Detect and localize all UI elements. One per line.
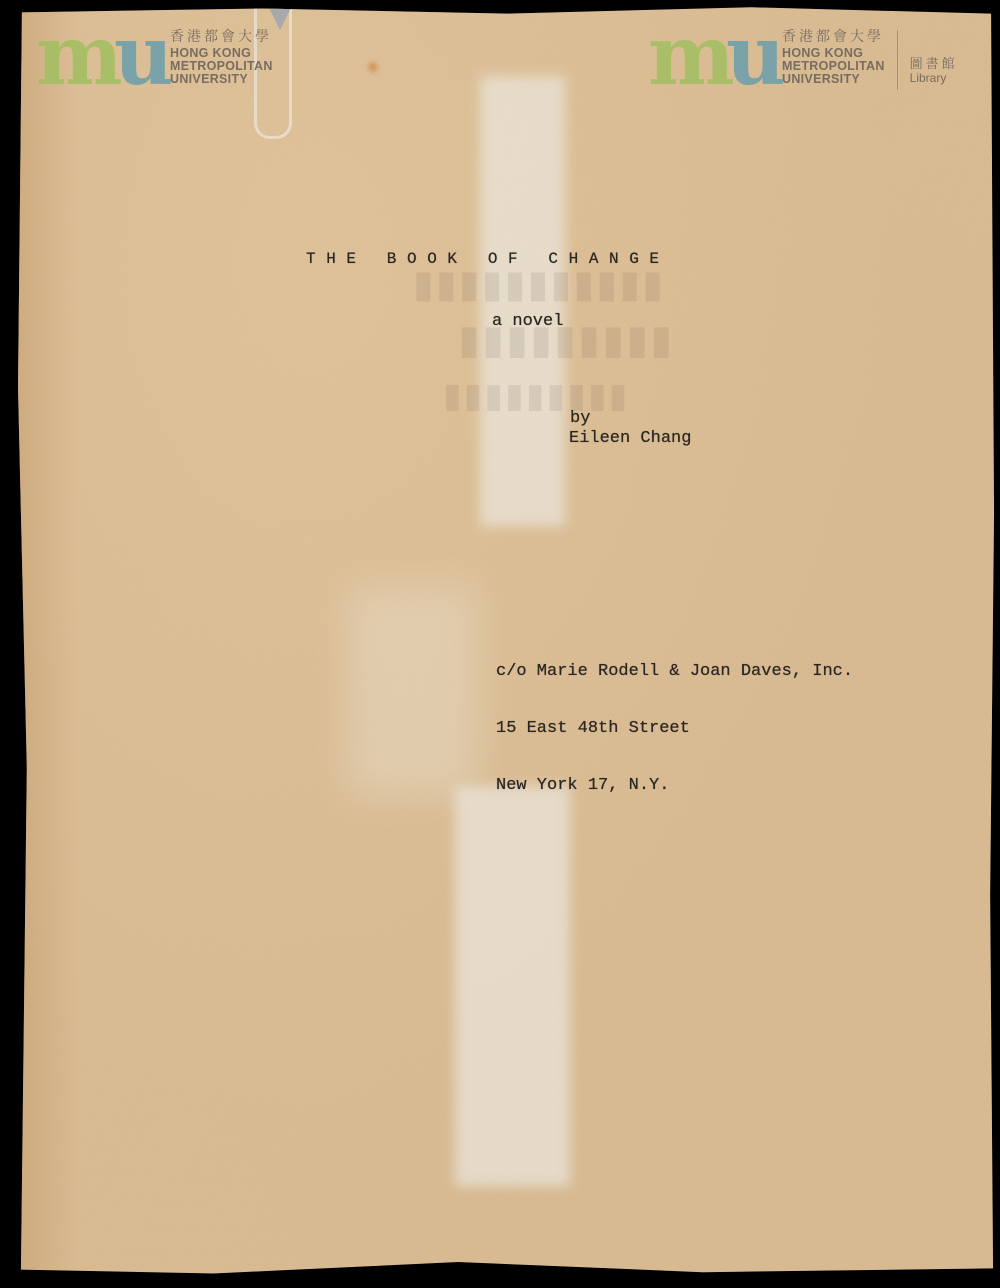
bleed-through-text: ▮▮▮▮▮▮▮▮▮ — [443, 376, 629, 416]
agent-address: c/o Marie Rodell & Joan Daves, Inc. 15 E… — [496, 624, 853, 814]
page-left-edge-stain — [18, 6, 78, 1276]
top-tear — [268, 6, 292, 30]
address-line: New York 17, N.Y. — [496, 776, 853, 795]
address-line: 15 East 48th Street — [496, 719, 853, 738]
library-label: 圖書館 Library — [910, 28, 958, 86]
document-subtitle: a novel — [492, 312, 563, 331]
logo-divider — [897, 30, 898, 90]
bleed-through-text: ▮▮▮▮▮▮▮▮▮ — [458, 316, 674, 363]
university-name: 香港都會大學 HONG KONG METROPOLITAN UNIVERSITY — [782, 28, 885, 86]
university-name: 香港都會大學 HONG KONG METROPOLITAN UNIVERSITY — [170, 28, 273, 86]
university-watermark-left: m u 香港都會大學 HONG KONG METROPOLITAN UNIVER… — [36, 28, 273, 88]
address-line: c/o Marie Rodell & Joan Daves, Inc. — [496, 662, 853, 681]
faded-strip-bottom — [455, 786, 570, 1186]
author-name: Eileen Chang — [569, 429, 691, 448]
university-logo-icon: m u — [648, 28, 778, 88]
university-logo-icon: m u — [36, 28, 166, 88]
university-library-watermark-right: m u 香港都會大學 HONG KONG METROPOLITAN UNIVER… — [648, 28, 958, 90]
rust-spot — [368, 62, 378, 72]
byline: by — [570, 409, 590, 428]
faded-patch-middle — [348, 586, 478, 796]
document-title: THE BOOK OF CHANGE — [306, 250, 670, 269]
